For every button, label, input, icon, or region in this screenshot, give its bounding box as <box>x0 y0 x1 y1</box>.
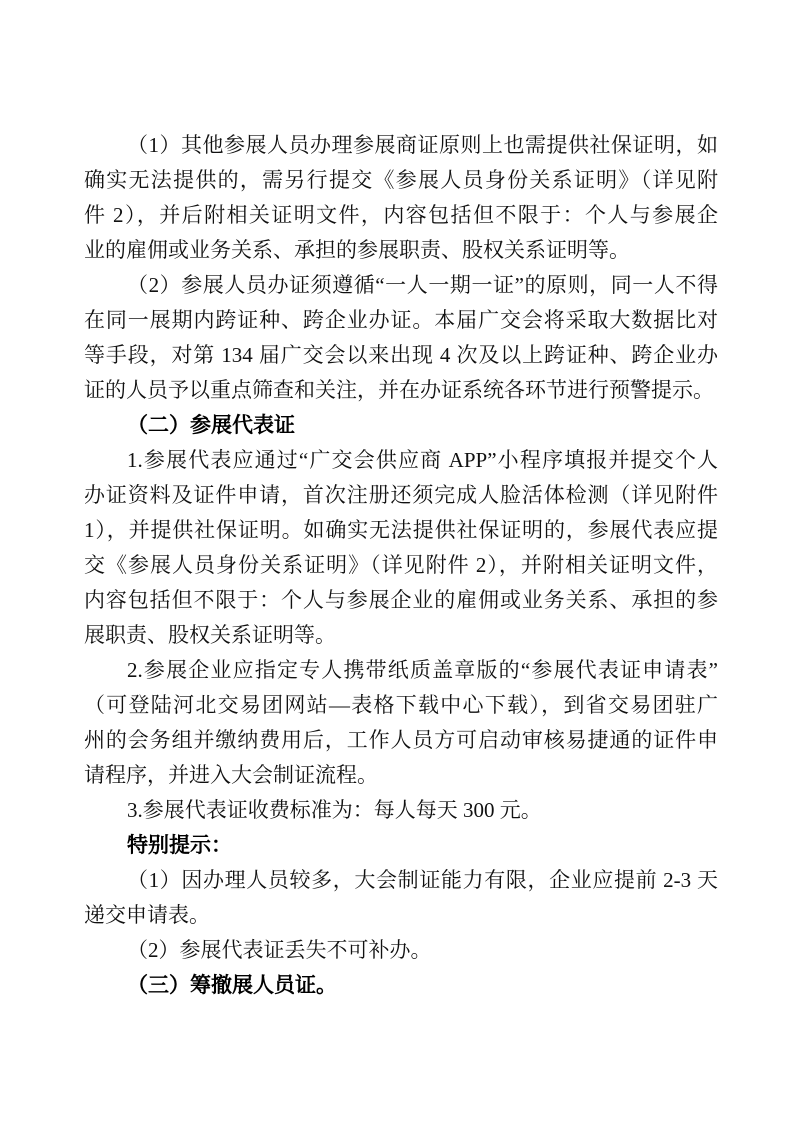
text-line: 交《参展人员身份关系证明》（详见附件 2），并附相关证明文件， <box>84 548 718 583</box>
text-line: （可登陆河北交易团网站—表格下载中心下载），到省交易团驻广 <box>84 688 718 723</box>
document-page: （1）其他参展人员办理参展商证原则上也需提供社保证明，如确实无法提供的，需另行提… <box>0 0 793 1122</box>
text-line: 等手段，对第 134 届广交会以来出现 4 次及以上跨证种、跨企业办 <box>84 338 718 373</box>
text-line: 2.参展企业应指定专人携带纸质盖章版的“参展代表证申请表” <box>84 653 718 688</box>
section-heading: 特别提示： <box>84 828 718 863</box>
paragraph: （1）其他参展人员办理参展商证原则上也需提供社保证明，如确实无法提供的，需另行提… <box>84 128 718 268</box>
text-line: 展职责、股权关系证明等。 <box>84 618 718 653</box>
text-line: 业的雇佣或业务关系、承担的参展职责、股权关系证明等。 <box>84 233 718 268</box>
text-line: 办证资料及证件申请，首次注册还须完成人脸活体检测（详见附件 <box>84 478 718 513</box>
paragraph: （2）参展代表证丢失不可补办。 <box>84 933 718 968</box>
text-line: （1）因办理人员较多，大会制证能力有限，企业应提前 2-3 天 <box>84 863 718 898</box>
text-line: 确实无法提供的，需另行提交《参展人员身份关系证明》（详见附 <box>84 163 718 198</box>
text-line: 特别提示： <box>84 828 718 863</box>
text-line: （2）参展代表证丢失不可补办。 <box>84 933 718 968</box>
paragraph: 1.参展代表应通过“广交会供应商 APP”小程序填报并提交个人办证资料及证件申请… <box>84 443 718 653</box>
text-line: （二）参展代表证 <box>84 408 718 443</box>
text-line: 州的会务组并缴纳费用后，工作人员方可启动审核易捷通的证件申 <box>84 723 718 758</box>
text-line: 内容包括但不限于：个人与参展企业的雇佣或业务关系、承担的参 <box>84 583 718 618</box>
text-line: （2）参展人员办证须遵循“一人一期一证”的原则，同一人不得 <box>84 268 718 303</box>
paragraph: （2）参展人员办证须遵循“一人一期一证”的原则，同一人不得在同一展期内跨证种、跨… <box>84 268 718 408</box>
text-line: 在同一展期内跨证种、跨企业办证。本届广交会将采取大数据比对 <box>84 303 718 338</box>
text-line: 递交申请表。 <box>84 898 718 933</box>
document-body: （1）其他参展人员办理参展商证原则上也需提供社保证明，如确实无法提供的，需另行提… <box>84 128 718 1003</box>
text-line: （三）筹撤展人员证。 <box>84 968 718 1003</box>
text-line: 证的人员予以重点筛查和关注，并在办证系统各环节进行预警提示。 <box>84 373 718 408</box>
paragraph: （1）因办理人员较多，大会制证能力有限，企业应提前 2-3 天递交申请表。 <box>84 863 718 933</box>
text-line: 件 2），并后附相关证明文件，内容包括但不限于：个人与参展企 <box>84 198 718 233</box>
text-line: 1），并提供社保证明。如确实无法提供社保证明的，参展代表应提 <box>84 513 718 548</box>
text-line: 1.参展代表应通过“广交会供应商 APP”小程序填报并提交个人 <box>84 443 718 478</box>
section-heading: （三）筹撤展人员证。 <box>84 968 718 1003</box>
section-heading: （二）参展代表证 <box>84 408 718 443</box>
text-line: 请程序，并进入大会制证流程。 <box>84 758 718 793</box>
text-line: （1）其他参展人员办理参展商证原则上也需提供社保证明，如 <box>84 128 718 163</box>
paragraph: 2.参展企业应指定专人携带纸质盖章版的“参展代表证申请表”（可登陆河北交易团网站… <box>84 653 718 793</box>
paragraph: 3.参展代表证收费标准为：每人每天 300 元。 <box>84 793 718 828</box>
text-line: 3.参展代表证收费标准为：每人每天 300 元。 <box>84 793 718 828</box>
